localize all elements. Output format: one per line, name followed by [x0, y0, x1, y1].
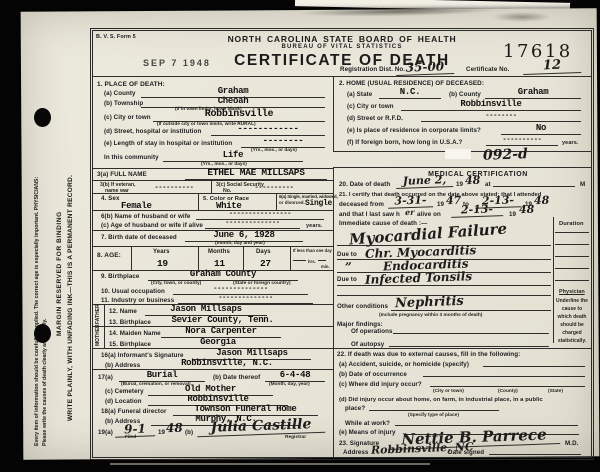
disposition-type-label: 17(a) [98, 375, 113, 382]
age-days-value: 27 [260, 259, 271, 269]
punch-hole-bottom [34, 324, 51, 343]
disposition-date-note: (Month, day, year) [269, 382, 310, 387]
sex-label: 4. Sex [101, 196, 120, 203]
street-label: (d) Street, hospital or institution [104, 129, 201, 136]
rule [333, 348, 591, 349]
residence-county-label: (b) County [449, 92, 481, 99]
birthplace-label: 9. Birthplace [101, 274, 139, 281]
scanned-death-certificate: Every item of information should be care… [0, 0, 600, 472]
age-label: 8. AGE: [97, 252, 121, 259]
attended-from-year-prefix: 19 [437, 202, 444, 209]
filed-note: Filed [125, 435, 136, 440]
other-conditions-note: (Include pregnancy within 3 months of de… [379, 313, 482, 318]
rule [198, 246, 199, 270]
rule [555, 280, 589, 281]
disposition-type-value: Burial [119, 371, 205, 382]
last-saw-label-2: alive on [417, 212, 441, 219]
birth-date-label: 7. Birth date of deceased [101, 235, 177, 242]
rule [93, 76, 591, 77]
township-label: (b) Township [104, 101, 143, 108]
rule [198, 193, 199, 210]
mother-name-label: 14. Maiden Name [109, 331, 161, 338]
physician-note-text: Underline the cause to which death shoul… [555, 297, 589, 345]
rule [333, 167, 591, 168]
margin-note-ink: WRITE PLAINLY, WITH UNFADING INK—THIS IS… [67, 175, 74, 421]
rule [555, 244, 589, 245]
punch-hole-top [34, 108, 51, 127]
margin-note-supply: Every item of information should be care… [34, 177, 40, 446]
death-time-blank [493, 178, 575, 187]
where-note-county: (County) [498, 389, 518, 394]
occupation-label: 10. Usual occupation [101, 289, 165, 296]
rule [333, 167, 334, 457]
residence-state-label: (a) State [347, 92, 372, 99]
mother-side-label: MOTHER [96, 324, 101, 346]
accident-blank [483, 358, 585, 367]
age-months-value: 11 [214, 259, 225, 269]
where-note-city: (City or town) [433, 389, 464, 394]
rule [93, 180, 333, 181]
scan-smudge [492, 12, 552, 22]
where-note-state: (State) [548, 389, 563, 394]
cemetery-label: (c) Cemetery [105, 389, 144, 396]
filed-year-value: 48 [166, 422, 183, 435]
physician-note-title: Physician [559, 289, 585, 295]
marital-value: Single [305, 200, 332, 208]
form-number: B. V. S. Form 5 [96, 34, 136, 40]
residence-state-value: N.C. [379, 88, 441, 99]
last-saw-year-value: 48 [519, 204, 535, 216]
due-to-value-3: Infected Tonsils [365, 270, 472, 286]
rule [333, 76, 334, 151]
residence-corporate-value: No [501, 124, 581, 135]
rule [553, 217, 554, 285]
board-name: NORTH CAROLINA STATE BOARD OF HEALTH [172, 35, 512, 44]
while-at-work-label: While at work? [345, 421, 390, 428]
rule [555, 232, 589, 233]
attended-to-year-value: 48 [534, 195, 550, 207]
bureau-name: BUREAU OF VITAL STATISTICS [172, 44, 512, 51]
death-time-m-label: M [580, 182, 585, 189]
industry-value: -------------- [178, 295, 313, 304]
stay-value: -------- [241, 137, 325, 148]
rule [93, 246, 333, 247]
death-date-value: June 2, [396, 174, 453, 189]
city-label: (c) City or town [104, 115, 151, 122]
location-label: (d) Location [105, 399, 142, 406]
birthplace-value: Graham County [148, 270, 298, 281]
date-signed-label: Date signed [448, 450, 484, 457]
whiteout-patch [445, 149, 471, 159]
registrar-note: Registrar [285, 435, 306, 440]
certificate-number-label: Certificate No. [466, 67, 509, 74]
occurrence-blank [423, 368, 585, 377]
spouse-age-value: -------------- [205, 220, 300, 229]
date-signed-blank [489, 446, 581, 455]
full-name-value: ETHEL MAE MILLSAPS [185, 168, 327, 180]
attended-from-label: deceased from [339, 202, 384, 209]
rule [290, 246, 291, 270]
residence-corporate-label: (e) Is place of residence in corporate l… [347, 128, 481, 135]
residence-foreign-label: (f) If foreign born, how long in U.S.A.? [347, 140, 462, 147]
last-saw-year-prefix: 19 [509, 212, 516, 219]
injury-place-label-2: place? [345, 406, 365, 413]
county-label: (a) County [104, 91, 136, 98]
age-years-label: Years [153, 249, 170, 256]
age-min-label: min. [321, 265, 330, 270]
death-date-label: 20. Date of death [339, 182, 390, 189]
where-injury-blank [430, 378, 585, 387]
occurrence-label: (b) Date of occurrence [339, 372, 407, 379]
rule [391, 310, 551, 311]
spouse-age-label: (c) Age of husband or wife if alive [101, 223, 203, 230]
rule [553, 285, 554, 343]
due-to-label-2: Due to [337, 277, 357, 284]
age-years-value: 19 [157, 259, 168, 269]
sheet-edge-bottom [110, 463, 430, 465]
rule [211, 180, 212, 193]
registrar-b-label: (b) [185, 430, 193, 437]
death-year-prefix: 19 [456, 182, 463, 189]
street-value: ------------ [211, 125, 325, 136]
last-saw-fill: er [405, 208, 415, 216]
other-conditions-value: Nephritis [395, 295, 464, 310]
last-saw-label: and that I last saw h [339, 212, 400, 219]
age-min-blank [318, 253, 326, 261]
residence-street-label: (d) Street or R.F.D. [347, 116, 403, 123]
age-hrs-blank [293, 253, 306, 261]
last-saw-value: 2-13- [451, 203, 503, 218]
received-date-stamp: SEP 7 1948 [143, 59, 211, 69]
rule [104, 304, 105, 326]
autopsy-blank [389, 338, 549, 347]
duration-label: Duration [559, 221, 584, 227]
spouse-label: 6(b) Name of husband or wife [101, 214, 190, 221]
operations-blank [393, 325, 549, 334]
disposition-date-label: (b) Date thereof [213, 375, 260, 382]
rule [276, 193, 277, 210]
community-value: Life [163, 151, 303, 162]
father-name-label: 12. Name [109, 309, 137, 316]
spouse-age-suffix: years. [306, 223, 323, 229]
filed-year-prefix: 19 [158, 430, 165, 437]
where-injury-label: (c) Where did injury occur? [339, 382, 422, 389]
age-days-label: Days [256, 249, 271, 256]
certificate-form: B. V. S. Form 5 NORTH CAROLINA STATE BOA… [90, 28, 594, 460]
community-label: In this community [104, 155, 159, 162]
disposition-date-value: 6-4-48 [265, 371, 325, 382]
stay-label: (e) Length of stay in hospital or instit… [104, 141, 232, 148]
rule [104, 326, 105, 348]
age-months-label: Months [208, 249, 230, 256]
full-name-label: 3(a) FULL NAME [97, 172, 147, 179]
certificate-number-value: 12 [523, 58, 581, 75]
rule [243, 246, 244, 270]
rule [555, 256, 589, 257]
residence-foreign-suffix: years. [562, 140, 579, 146]
filing-label: 19(a) [98, 430, 113, 437]
father-side-label: FATHER [96, 304, 101, 324]
residence-city-label: (c) City or town [347, 104, 394, 111]
rule [555, 268, 589, 269]
residence-street-value: -------- [421, 113, 581, 122]
while-at-work-blank [395, 417, 578, 426]
marital-label-2: or divorced. [279, 201, 305, 206]
other-conditions-label: Other conditions [337, 304, 388, 311]
death-year-value: 48 [465, 175, 481, 187]
city-value: Robbinsville [153, 110, 325, 122]
rule [337, 285, 551, 286]
residence-county-value: Graham [485, 88, 581, 99]
operations-label: Of operations [351, 329, 393, 336]
margin-annotation: 092-d [483, 147, 528, 163]
residence-foreign-value: ---------- [486, 137, 558, 146]
registration-district-value: 35-00 [396, 60, 454, 76]
margin-note-binding: MARGIN RESERVED FOR BINDING [56, 211, 63, 336]
residence-city-value: Robbinsville [401, 100, 581, 111]
rule [131, 246, 132, 270]
due-to-label-1: Due to [337, 252, 357, 259]
death-time-at-label: at [485, 182, 491, 189]
injury-place-blank [369, 402, 499, 411]
age-hrs-label: hrs. [308, 260, 316, 265]
physician-address-label: Address [343, 450, 368, 457]
